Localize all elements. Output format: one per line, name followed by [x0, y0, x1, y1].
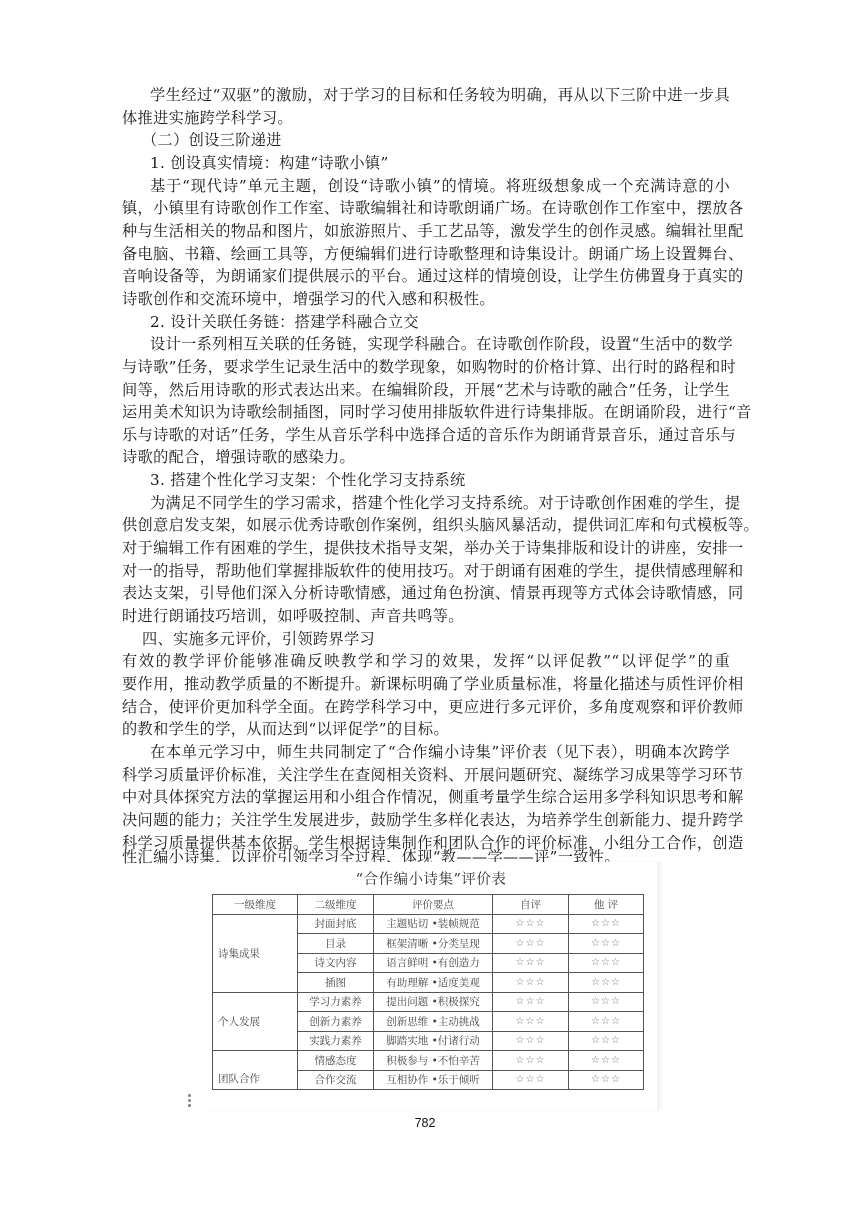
paragraph-line: 运用美术知识为诗歌绘制插图，同时学习使用排版软件进行诗集排版。在朗诵阶段，进行“…: [122, 401, 730, 423]
paragraph-line: 的教和学生的学，从而达到“以评促学”的目标。: [122, 718, 730, 740]
paragraph-line: 间等，然后用诗歌的形式表达出来。在编辑阶段，开展“艺术与诗歌的融合”任务，让学生: [122, 379, 730, 401]
paragraph-line: 种与生活相关的物品和图片，如旅游照片、手工艺品等，激发学生的创作灵感。编辑社里配: [122, 220, 730, 242]
paragraph-line: 为满足不同学生的学习需求，搭建个性化学习支持系统。对于诗歌创作困难的学生，提: [150, 492, 730, 514]
table-row: 诗集成果 封面封底 主题贴切 •装帧规范 ☆☆☆ ☆☆☆: [213, 914, 644, 934]
section-heading: （二）创设三阶递进: [142, 129, 730, 151]
level2-cell: 目录: [298, 934, 374, 954]
paragraph-line: 音响设备等，为朗诵家们提供展示的平台。通过这样的情境创设，让学生仿佛置身于真实的: [122, 265, 730, 287]
paragraph-line: 有效的教学评价能够准确反映教学和学习的效果，发挥“以评促教”“以评促学”的重: [122, 650, 730, 672]
level2-cell: 插图: [298, 973, 374, 993]
paragraph-line: 决问题的能力；关注学生发展进步，鼓励学生多样化表达，为培养学生创新能力、提升跨学: [122, 809, 730, 831]
points-cell: 创新思维 •主动挑战: [374, 1012, 493, 1032]
self-rating-stars: ☆☆☆: [493, 992, 569, 1012]
peer-rating-stars: ☆☆☆: [569, 953, 644, 973]
self-rating-stars: ☆☆☆: [493, 914, 569, 934]
column-header: 他 评: [569, 895, 644, 915]
subsection-heading: 3. 搭建个性化学习支架：个性化学习支持系统: [150, 469, 730, 491]
peer-rating-stars: ☆☆☆: [569, 973, 644, 993]
level2-cell: 封面封底: [298, 914, 374, 934]
peer-rating-stars: ☆☆☆: [569, 992, 644, 1012]
level1-cell: 个人发展: [213, 992, 298, 1051]
subsection-heading: 1. 创设真实情境：构建“诗歌小镇”: [150, 152, 730, 174]
paragraph-line: 体推进实施跨学科学习。: [122, 107, 730, 129]
paragraph-line: 表达支架，引导他们深入分析诗歌情感，通过角色扮演、情景再现等方式体会诗歌情感，同: [122, 582, 730, 604]
paragraph-line: 乐与诗歌的对话”任务，学生从音乐学科中选择合适的音乐作为朗诵背景音乐，通过音乐与: [122, 424, 730, 446]
level2-cell: 实践力素养: [298, 1031, 374, 1051]
level2-cell: 合作交流: [298, 1070, 374, 1090]
points-cell: 框架清晰 •分类呈现: [374, 934, 493, 954]
paragraph-line: 设计一系列相互关联的任务链，实现学科融合。在诗歌创作阶段，设置“生活中的数学: [150, 333, 730, 355]
paragraph-line: 科学习质量评价标准，关注学生在查阅相关资料、开展问题研究、凝练学习成果等学习环节: [122, 764, 730, 786]
paragraph-line: 镇，小镇里有诗歌创作工作室、诗歌编辑社和诗歌朗诵广场。在诗歌创作工作室中，摆放各: [122, 197, 730, 219]
paragraph-line: 对于编辑工作有困难的学生，提供技术指导支架，举办关于诗集排版和设计的讲座，安排一: [122, 537, 730, 559]
self-rating-stars: ☆☆☆: [493, 953, 569, 973]
points-cell: 互相协作 •乐于倾听: [374, 1070, 493, 1090]
points-cell: 语言鲜明 •有创造力: [374, 953, 493, 973]
peer-rating-stars: ☆☆☆: [569, 1012, 644, 1032]
peer-rating-stars: ☆☆☆: [569, 1051, 644, 1071]
level1-cell: 团队合作: [213, 1051, 298, 1090]
table-row: 团队合作 情感态度 积极参与 •不怕辛苦 ☆☆☆ ☆☆☆: [213, 1051, 644, 1071]
column-header: 评价要点: [374, 895, 493, 915]
level1-cell: 诗集成果: [213, 914, 298, 992]
peer-rating-stars: ☆☆☆: [569, 1031, 644, 1051]
self-rating-stars: ☆☆☆: [493, 973, 569, 993]
column-header: 二级维度: [298, 895, 374, 915]
column-header: 自评: [493, 895, 569, 915]
paragraph-line: 诗歌创作和交流环境中，增强学习的代入感和积极性。: [122, 288, 730, 310]
peer-rating-stars: ☆☆☆: [569, 914, 644, 934]
level2-cell: 学习力素养: [298, 992, 374, 1012]
peer-rating-stars: ☆☆☆: [569, 1070, 644, 1090]
evaluation-table: 一级维度 二级维度 评价要点 自评 他 评 诗集成果 封面封底 主题贴切 •装帧…: [212, 894, 644, 1090]
vertical-ellipsis-icon[interactable]: [188, 1094, 192, 1110]
level2-cell: 创新力素养: [298, 1012, 374, 1032]
paragraph-line: 对一的指导，帮助他们掌握排版软件的使用技巧。对于朗诵有困难的学生，提供情感理解和: [122, 560, 730, 582]
page-number: 782: [0, 1116, 850, 1130]
evaluation-table-figure: “合作编小诗集”评价表 一级维度 二级维度 评价要点 自评 他 评 诗集成果 封…: [205, 862, 659, 1110]
paragraph-line: 与诗歌”任务，要求学生记录生活中的数学现象，如购物时的价格计算、出行时的路程和时: [122, 356, 730, 378]
paragraph-line: 诗歌的配合，增强诗歌的感染力。: [122, 446, 730, 468]
self-rating-stars: ☆☆☆: [493, 1031, 569, 1051]
points-cell: 有助理解 •适度美观: [374, 973, 493, 993]
points-cell: 积极参与 •不怕辛苦: [374, 1051, 493, 1071]
table-title: “合作编小诗集”评价表: [205, 868, 657, 889]
paragraph-line: 基于“现代诗”单元主题，创设“诗歌小镇”的情境。将班级想象成一个充满诗意的小: [150, 175, 730, 197]
level2-cell: 诗文内容: [298, 953, 374, 973]
points-cell: 主题贴切 •装帧规范: [374, 914, 493, 934]
paragraph-line: 时进行朗诵技巧培训，如呼吸控制、声音共鸣等。: [122, 605, 730, 627]
table-header-row: 一级维度 二级维度 评价要点 自评 他 评: [213, 895, 644, 915]
column-header: 一级维度: [213, 895, 298, 915]
paragraph-line: 学生经过“双驱”的激励，对于学习的目标和任务较为明确，再从以下三阶中进一步具: [150, 84, 730, 106]
level2-cell: 情感态度: [298, 1051, 374, 1071]
self-rating-stars: ☆☆☆: [493, 1051, 569, 1071]
section-heading: 四、实施多元评价，引领跨界学习: [142, 628, 730, 650]
points-cell: 脚踏实地 •付诸行动: [374, 1031, 493, 1051]
points-cell: 提出问题 •积极探究: [374, 992, 493, 1012]
self-rating-stars: ☆☆☆: [493, 1012, 569, 1032]
paragraph-line: 要作用，推动教学质量的不断提升。新课标明确了学业质量标准，将量化描述与质性评价相: [122, 673, 730, 695]
paragraph-line: 在本单元学习中，师生共同制定了“合作编小诗集”评价表（见下表），明确本次跨学: [150, 741, 730, 763]
paragraph-line: 供创意启发支架，如展示优秀诗歌创作案例，组织头脑风暴活动，提供词汇库和句式模板等…: [122, 514, 730, 536]
peer-rating-stars: ☆☆☆: [569, 934, 644, 954]
subsection-heading: 2. 设计关联任务链：搭建学科融合立交: [150, 311, 730, 333]
table-row: 个人发展 学习力素养 提出问题 •积极探究 ☆☆☆ ☆☆☆: [213, 992, 644, 1012]
self-rating-stars: ☆☆☆: [493, 1070, 569, 1090]
paragraph-line: 中对具体探究方法的掌握运用和小组合作情况，侧重考量学生综合运用多学科知识思考和解: [122, 786, 730, 808]
self-rating-stars: ☆☆☆: [493, 934, 569, 954]
paragraph-line: 结合，使评价更加科学全面。在跨学科学习中，更应进行多元评价，多角度观察和评价教师: [122, 696, 730, 718]
document-page: 学生经过“双驱”的激励，对于学习的目标和任务较为明确，再从以下三阶中进一步具 体…: [0, 0, 850, 1205]
paragraph-line: 备电脑、书籍、绘画工具等，方便编辑们进行诗歌整理和诗集设计。朗诵广场上设置舞台、: [122, 243, 730, 265]
